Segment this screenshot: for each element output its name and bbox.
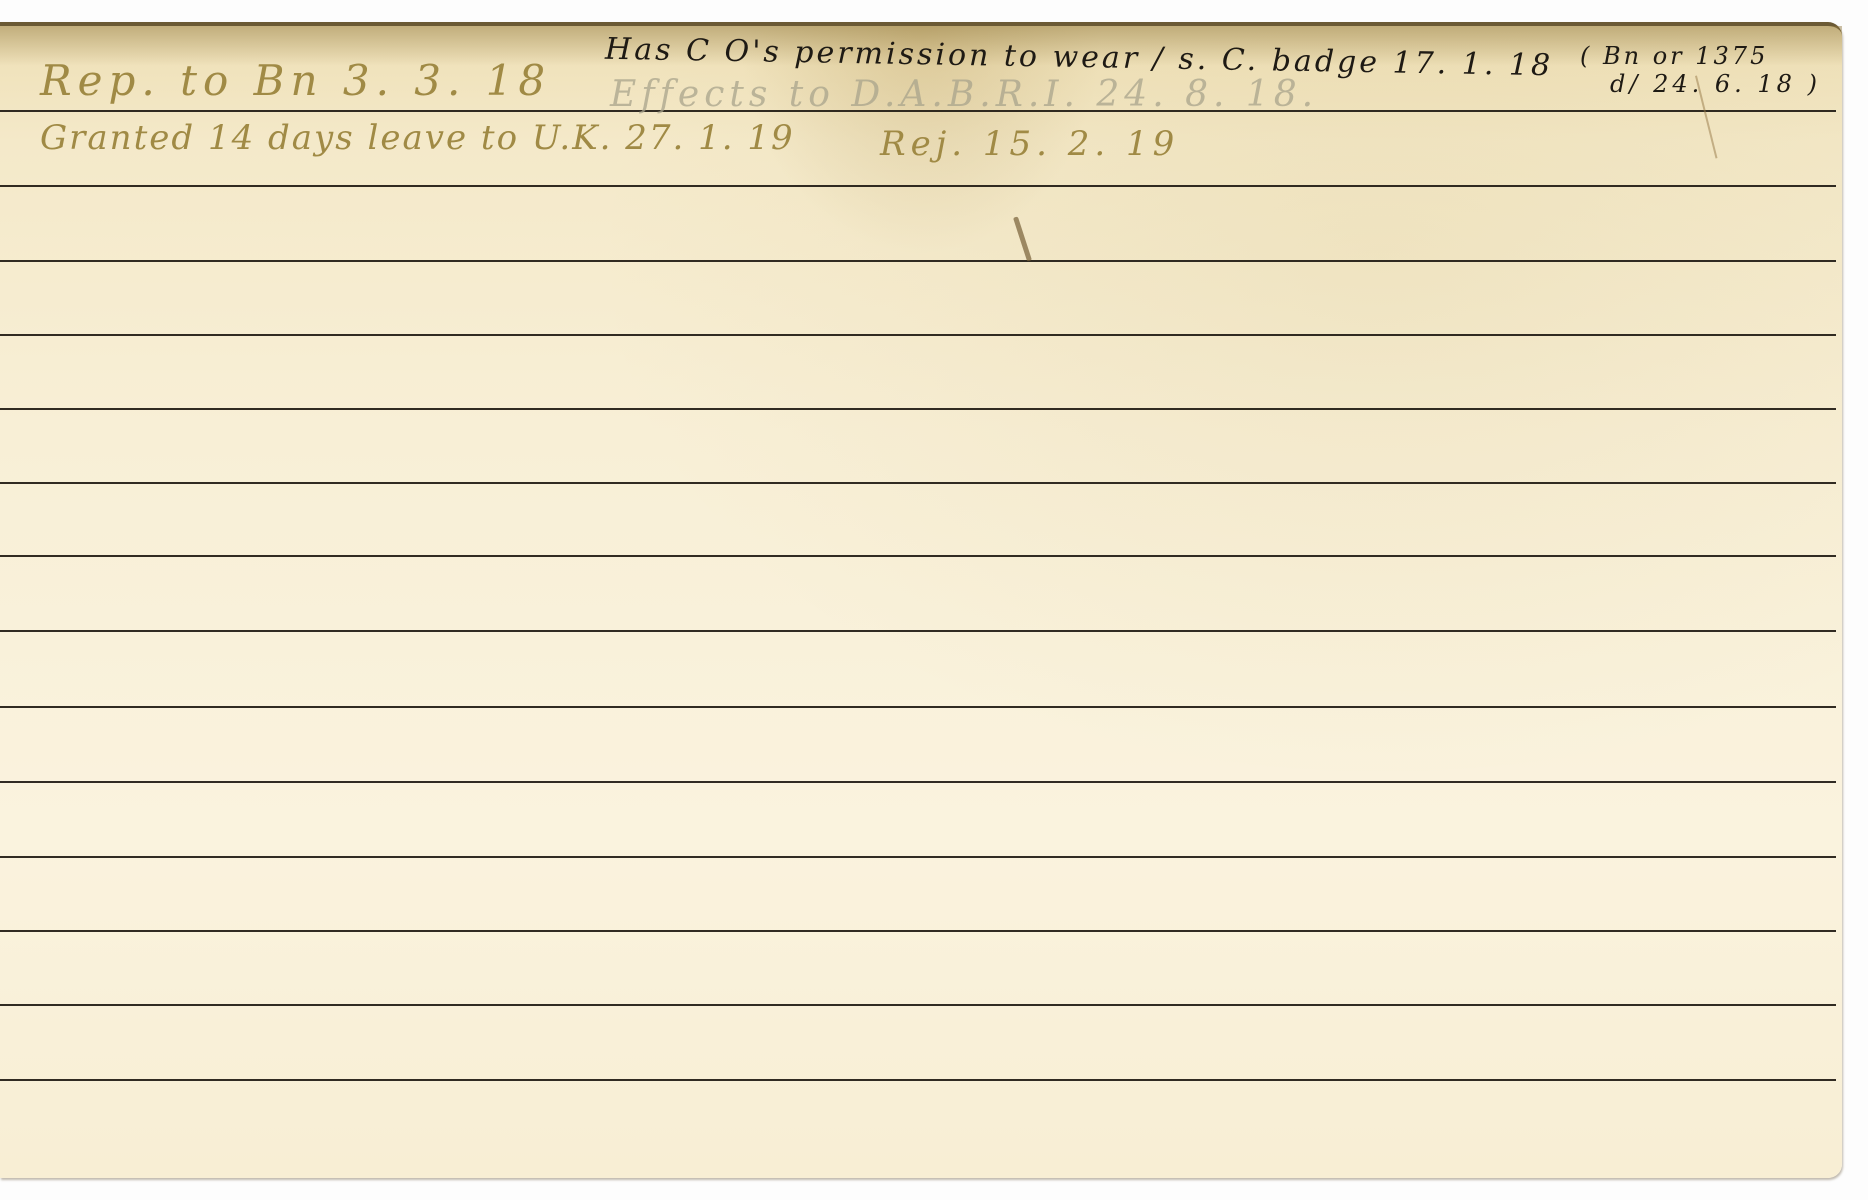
ruled-line xyxy=(0,630,1836,632)
entry-co-reference-2: d/ 24. 6. 18 ) xyxy=(1610,70,1821,98)
ruled-line xyxy=(0,334,1836,336)
entry-co-reference-1: ( Bn or 1375 xyxy=(1580,42,1768,70)
ruled-line xyxy=(0,930,1836,932)
ink-mark xyxy=(1013,216,1032,261)
ruled-line xyxy=(0,1004,1836,1006)
ruled-line xyxy=(0,260,1836,262)
entry-rejoined: Rej. 15. 2. 19 xyxy=(880,124,1179,164)
entry-reported-to-bn: Rep. to Bn 3. 3. 18 xyxy=(40,56,551,105)
ruled-line xyxy=(0,856,1836,858)
ruled-line xyxy=(0,482,1836,484)
record-card: Rep. to Bn 3. 3. 18 Has C O's permission… xyxy=(0,22,1842,1178)
entry-leave-granted: Granted 14 days leave to U.K. 27. 1. 19 xyxy=(40,118,795,158)
ruled-line xyxy=(0,1079,1836,1081)
ruled-line xyxy=(0,555,1836,557)
ruled-line xyxy=(0,706,1836,708)
ruled-line xyxy=(0,185,1836,187)
entry-effects: Effects to D.A.B.R.I. 24. 8. 18. xyxy=(610,74,1318,115)
ruled-line xyxy=(0,781,1836,783)
ruled-line xyxy=(0,408,1836,410)
